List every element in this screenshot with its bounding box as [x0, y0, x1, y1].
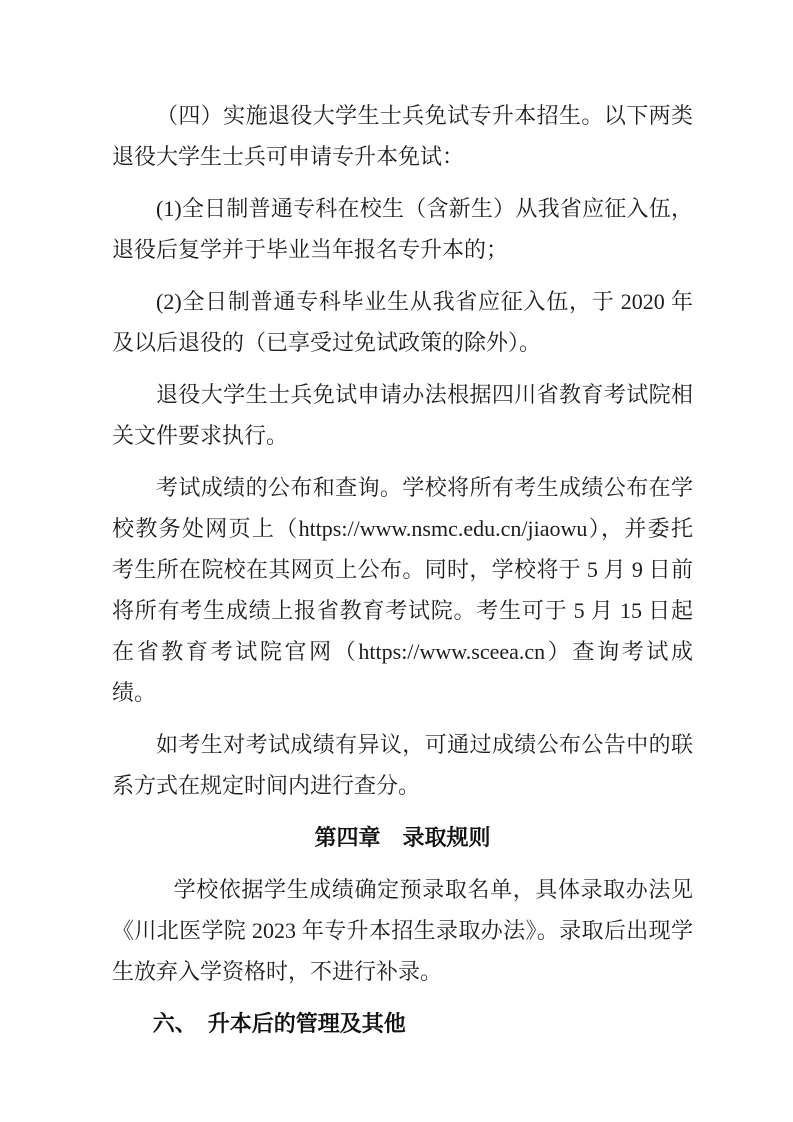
paragraph-admission-list: 学校依据学生成绩确定预录取名单，具体录取办法见《川北医学院 2023 年专升本招… [112, 869, 693, 992]
paragraph-score-publication: 考试成绩的公布和查询。学校将所有考生成绩公布在学校教务处网页上（https://… [112, 467, 693, 713]
section-heading-post-admission-management: 六、 升本后的管理及其他 [112, 1003, 693, 1044]
paragraph-exemption-type-1: (1)全日制普通专科在校生（含新生）从我省应征入伍，退役后复学并于毕业当年报名专… [112, 188, 693, 270]
paragraph-score-dispute: 如考生对考试成绩有异议，可通过成绩公布公告中的联系方式在规定时间内进行查分。 [112, 724, 693, 806]
paragraph-exemption-type-2: (2)全日制普通专科毕业生从我省应征入伍，于 2020 年及以后退役的（已享受过… [112, 281, 693, 363]
chapter-heading-admission-rules: 第四章 录取规则 [112, 817, 693, 858]
paragraph-exemption-procedure: 退役大学生士兵免试申请办法根据四川省教育考试院相关文件要求执行。 [112, 374, 693, 456]
document-page: （四）实施退役大学生士兵免试专升本招生。以下两类退役大学生士兵可申请专升本免试：… [0, 0, 793, 1122]
paragraph-veteran-exemption-intro: （四）实施退役大学生士兵免试专升本招生。以下两类退役大学生士兵可申请专升本免试： [112, 95, 693, 177]
